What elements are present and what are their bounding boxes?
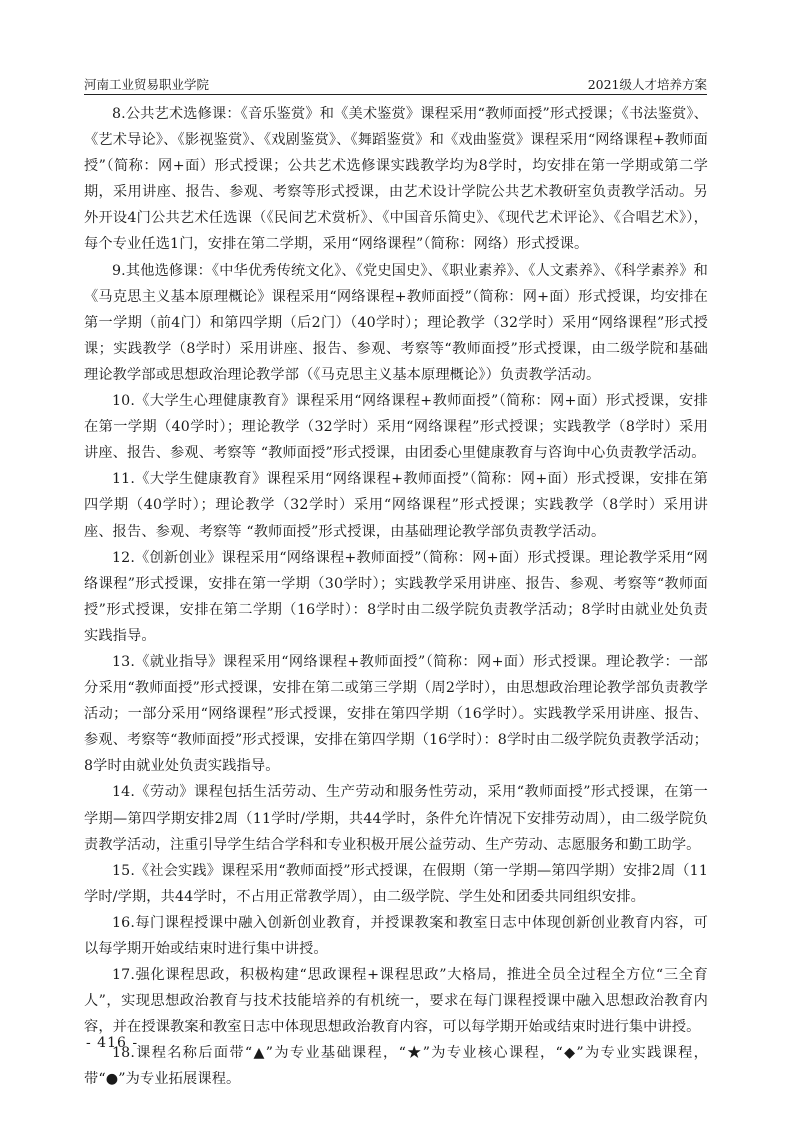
- paragraph-item-12: 12.《创新创业》课程采用“网络课程+教师面授”（简称：网+面）形式授课。理论教…: [84, 545, 708, 649]
- paragraph-item-14: 14.《劳动》课程包括生活劳动、生产劳动和服务性劳动，采用“教师面授”形式授课，…: [84, 779, 708, 857]
- header-institution: 河南工业贸易职业学院: [84, 77, 209, 93]
- paragraph-item-18: 18.课程名称后面带“▲”为专业基础课程，“★”为专业核心课程，“◆”为专业实践…: [84, 1040, 708, 1092]
- page-header: 河南工业贸易职业学院 2021级人才培养方案: [84, 74, 707, 95]
- paragraph-item-13: 13.《就业指导》课程采用“网络课程+教师面授”（简称：网+面）形式授课。理论教…: [84, 649, 708, 779]
- header-document-title: 2021级人才培养方案: [588, 77, 707, 93]
- paragraph-item-11: 11.《大学生健康教育》课程采用“网络课程+教师面授”（简称：网+面）形式授课，…: [84, 466, 708, 544]
- paragraph-item-9: 9.其他选修课：《中华优秀传统文化》、《党史国史》、《职业素养》、《人文素养》、…: [84, 258, 708, 388]
- paragraph-item-15: 15.《社会实践》课程采用“教师面授”形式授课，在假期（第一学期—第四学期）安排…: [84, 858, 708, 910]
- document-body: 8.公共艺术选修课：《音乐鉴赏》和《美术鉴赏》课程采用“教师面授”形式授课；《书…: [84, 101, 708, 1093]
- page-number: - 416 -: [86, 1033, 138, 1053]
- paragraph-item-8: 8.公共艺术选修课：《音乐鉴赏》和《美术鉴赏》课程采用“教师面授”形式授课；《书…: [84, 101, 708, 258]
- paragraph-item-16: 16.每门课程授课中融入创新创业教育，并授课教案和教室日志中体现创新创业教育内容…: [84, 910, 708, 962]
- paragraph-item-10: 10.《大学生心理健康教育》课程采用“网络课程+教师面授”（简称：网+面）形式授…: [84, 388, 708, 466]
- paragraph-item-17: 17.强化课程思政，积极构建“思政课程+课程思政”大格局，推进全员全过程全方位“…: [84, 962, 708, 1040]
